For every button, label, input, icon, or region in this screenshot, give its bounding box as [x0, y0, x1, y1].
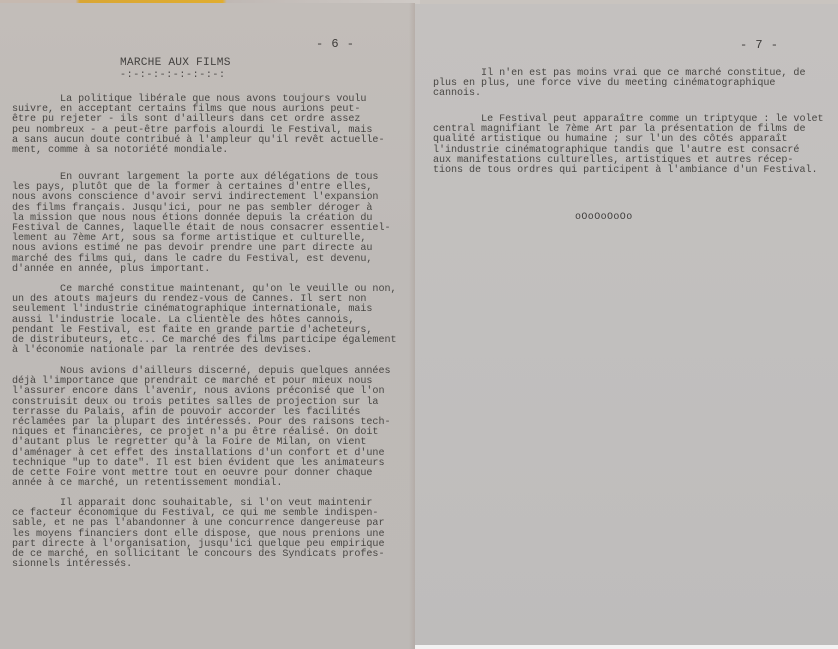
page-bottom-edge	[415, 645, 838, 649]
section-heading: MARCHE AUX FILMS	[120, 57, 231, 69]
page-number: - 7 -	[740, 38, 779, 52]
page-number: - 6 -	[316, 37, 355, 51]
paragraph: Il apparait donc souhaitable, si l'on ve…	[12, 499, 384, 570]
paragraph: Il n'en est pas moins vrai que ce marché…	[433, 69, 805, 100]
page-7: - 7 - Il n'en est pas moins vrai que ce …	[415, 4, 838, 649]
paragraph: Le Festival peut apparaître comme un tri…	[433, 115, 823, 176]
end-ornament: oOoOoOoOo	[575, 212, 633, 223]
page-6: - 6 - MARCHE AUX FILMS -:-:-:-:-:-:-:-: …	[0, 3, 415, 649]
paragraph: La politique libérale que nous avons tou…	[12, 95, 384, 156]
paragraph: Nous avions d'ailleurs discerné, depuis …	[12, 367, 390, 489]
paragraph: En ouvrant largement la porte aux déléga…	[12, 173, 390, 275]
heading-underline: -:-:-:-:-:-:-:-:	[120, 70, 226, 81]
paragraph: Ce marché constitue maintenant, qu'on le…	[12, 285, 396, 356]
